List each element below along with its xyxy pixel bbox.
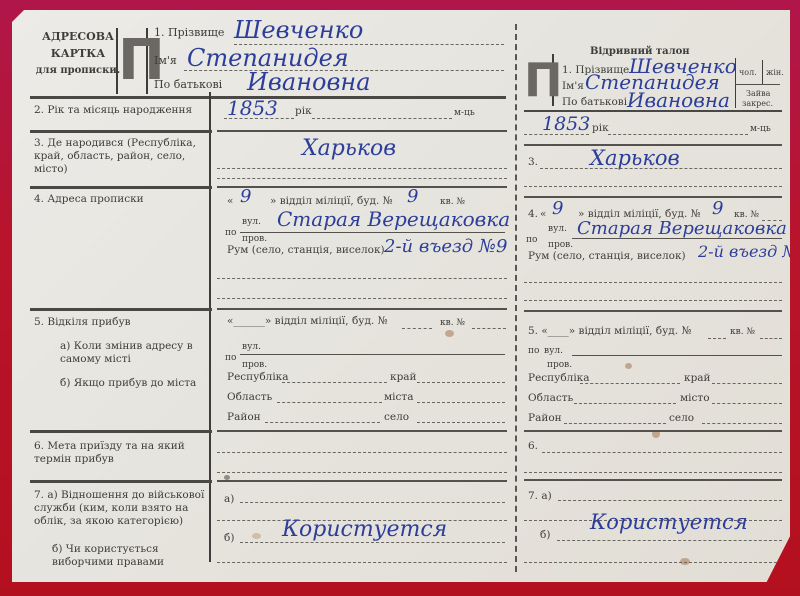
- stub-extra-2: закрес.: [742, 99, 773, 108]
- stub-patronymic-value: Ивановна: [627, 88, 730, 112]
- s5-po: по: [225, 353, 236, 363]
- s4-militia-prefix: «: [227, 195, 233, 208]
- s4-rum-value: 2-й въезд №9: [384, 236, 507, 257]
- stub-s4-lane-label: пров.: [548, 240, 573, 250]
- s5-sub-a: а) Коли змінив адресу в самому місті: [60, 340, 210, 366]
- stub-s3-value: Харьков: [590, 146, 680, 170]
- title-line: АДРЕСОВА: [32, 28, 124, 45]
- stub-s4-po: по: [526, 235, 537, 245]
- s7-label-a: 7. а) Відношення до військової служби (к…: [34, 489, 214, 528]
- stub-s4-militia-value: 9: [552, 198, 563, 219]
- address-card: АДРЕСОВА КАРТКА для прописки. П 1. Прізв…: [12, 10, 790, 582]
- s5-village-label: село: [384, 411, 409, 424]
- s5-krai-label: край: [390, 371, 417, 384]
- s4-rum-label: Рум (село, станція, виселок): [227, 244, 385, 257]
- patronymic-value: Ивановна: [247, 68, 371, 96]
- stub-month-suffix: м-ць: [750, 124, 771, 134]
- s6-label: 6. Мета приїзду та на який термін прибув: [34, 440, 209, 466]
- s5-street-label: вул.: [242, 342, 261, 352]
- s2-month-suffix: м-ць: [454, 108, 475, 118]
- stub-s5-apt-label: кв. №: [730, 327, 755, 337]
- stub-s4-militia-prefix: «: [540, 208, 546, 221]
- s3-label: 3. Де народився (Республіка, край, облас…: [34, 137, 209, 176]
- s5-republic-label: Республіка: [227, 371, 289, 384]
- s5-militia-text: «______» відділ міліції, буд. №: [227, 315, 388, 328]
- stub-s6-num: 6.: [528, 440, 538, 453]
- surname-label: 1. Прізвище: [154, 26, 224, 39]
- title-line: КАРТКА: [32, 45, 124, 62]
- s7-b-value: Користуется: [282, 517, 447, 542]
- stub-s7-b-value: Користуется: [590, 510, 748, 534]
- stub-s4-street-label: вул.: [548, 224, 567, 234]
- stub-s4-building-value: 9: [712, 198, 723, 219]
- stub-s5-line: 5. «____» відділ міліції, буд. №: [528, 325, 691, 338]
- stub-s5-oblast-label: Область: [528, 392, 573, 405]
- s2-year-suffix: рік: [295, 105, 312, 118]
- s4-militia-value: 9: [240, 186, 251, 207]
- stub-first-name-label: Ім'я: [562, 80, 584, 93]
- stub-s5-district-label: Район: [528, 412, 562, 425]
- s4-po: по: [225, 228, 236, 238]
- stub-s5-po: по: [528, 346, 539, 356]
- s5-city-label: міста: [384, 391, 413, 404]
- stub-s7-a: 7. а): [528, 490, 552, 503]
- stub-s5-krai-label: край: [684, 372, 711, 385]
- s4-street-label: вул.: [242, 217, 261, 227]
- stub-patronymic-label: По батькові: [562, 96, 627, 109]
- stub-s5-city-label: місто: [680, 392, 710, 405]
- s7-label-b: б) Чи користується виборчими правами: [52, 543, 212, 569]
- stain: [625, 363, 632, 369]
- stain: [445, 330, 454, 337]
- s5-apt-label: кв. №: [440, 318, 465, 328]
- s2-year-value: 1853: [227, 96, 278, 120]
- stub-stamp-letter-p: П: [524, 54, 554, 106]
- stub-year-value: 1853: [542, 113, 590, 135]
- stub-s4-rum-value: 2-й въезд №9: [698, 242, 800, 261]
- stub-s4-rum-label: Рум (село, станція, виселок): [528, 250, 686, 263]
- s4-building-value: 9: [407, 186, 418, 207]
- stub-s3-num: 3.: [528, 156, 538, 169]
- stub-s4-num: 4.: [528, 208, 538, 221]
- surname-value: Шевченко: [234, 16, 363, 44]
- s7-a-marker: а): [224, 493, 234, 506]
- s5-district-label: Район: [227, 411, 261, 424]
- stub-extra-1: Зайва: [746, 89, 770, 98]
- stub-s5-village-label: село: [669, 412, 694, 425]
- stain: [252, 533, 261, 539]
- s3-value: Харьков: [302, 136, 396, 161]
- stub-sex-male: чол.: [739, 68, 757, 77]
- s5-label: 5. Відкіля прибув: [34, 316, 131, 329]
- stamp-letter-p: П: [116, 28, 148, 94]
- stub-s7-b: б): [540, 529, 550, 542]
- card-title: АДРЕСОВА КАРТКА для прописки.: [32, 28, 124, 79]
- s4-label: 4. Адреса прописки: [34, 193, 144, 206]
- s4-street-value: Старая Верещаковка: [277, 207, 510, 231]
- s5-oblast-label: Область: [227, 391, 272, 404]
- stub-year-suffix: рік: [592, 122, 609, 135]
- s4-lane-label: пров.: [242, 234, 267, 244]
- s5-sub-b: б) Якщо прибув до міста: [60, 377, 210, 390]
- s7-b-marker: б): [224, 532, 234, 545]
- first-name-label: Ім'я: [154, 54, 177, 67]
- s5-lane-label: пров.: [242, 360, 267, 370]
- title-line: для прописки.: [32, 62, 124, 79]
- stub-s4-street-value: Старая Верещаковка: [577, 218, 787, 239]
- stub-s5-lane-label: пров.: [547, 360, 572, 370]
- patronymic-label: По батькові: [154, 78, 222, 91]
- perforation-line: [515, 24, 517, 572]
- stub-s5-street-label: вул.: [544, 346, 563, 356]
- s4-apt-label: кв. №: [440, 197, 465, 207]
- stub-sex-female: жін.: [766, 68, 784, 77]
- s2-label: 2. Рік та місяць народження: [34, 104, 204, 117]
